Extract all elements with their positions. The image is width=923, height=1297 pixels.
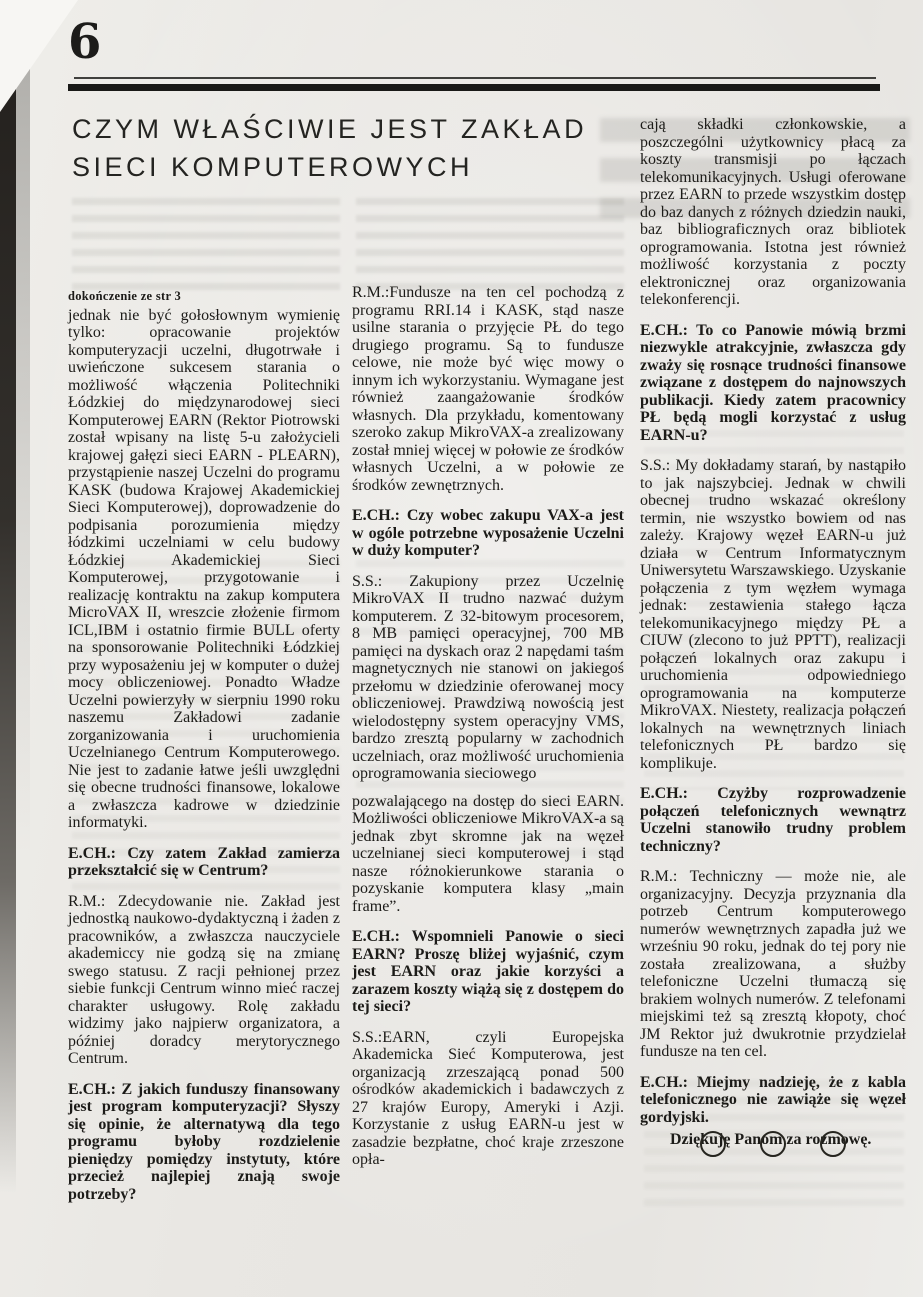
bleedthrough-text [356, 198, 624, 290]
interview-answer: S.S.:EARN, czyli Europejska Akademicka S… [352, 1029, 624, 1169]
article-title: CZYM WŁAŚCIWIE JEST ZAKŁADSIECI KOMPUTER… [72, 110, 632, 187]
article-title-line1: CZYM WŁAŚCIWIE JEST ZAKŁAD [72, 114, 587, 144]
article-paragraph: pozwalającego na dostęp do sieci EARN. M… [352, 793, 624, 916]
end-of-article-mark [700, 1131, 846, 1157]
interview-answer: R.M.: Techniczny — może nie, ale organiz… [640, 868, 906, 1061]
interview-question: E.CH.: Czy wobec zakupu VAX-a jest w ogó… [352, 507, 624, 560]
scan-binding-shadow [0, 0, 16, 1297]
interview-answer: S.S.: My dokładamy starań, by nastąpiło … [640, 457, 906, 772]
interview-question: E.CH.: Czyżby rozprowadzenie połączeń te… [640, 785, 906, 855]
circle-icon [760, 1131, 786, 1157]
interview-question: E.CH.: To co Panowie mówią brzmi niezwyk… [640, 322, 906, 445]
article-column-1: dokończenie ze str 3 jednak nie być goło… [68, 288, 340, 1216]
article-title-line2: SIECI KOMPUTEROWYCH [72, 152, 473, 182]
interview-answer: R.M.:Fundusze na ten cel pochodzą z prog… [352, 284, 624, 494]
interview-question: E.CH.: Miejmy nadzieję, że z kabla telef… [640, 1074, 906, 1127]
article-column-3: cają składki członkowskie, a poszczególn… [640, 116, 906, 1162]
article-column-2: R.M.:Fundusze na ten cel pochodzą z prog… [352, 284, 624, 1182]
masthead-rule-thick [68, 84, 880, 91]
interview-question: E.CH.: Czy zatem Zakład zamierza przeksz… [68, 845, 340, 880]
page-number: 6 [68, 18, 101, 66]
circle-icon [700, 1131, 726, 1157]
continuation-note: dokończenie ze str 3 [68, 288, 340, 306]
bleedthrough-text [72, 198, 340, 290]
masthead-rule-thin [74, 77, 876, 79]
interview-answer: R.M.: Zdecydowanie nie. Zakład jest jedn… [68, 893, 340, 1068]
article-paragraph: jednak nie być gołosłownym wymienię tylk… [68, 307, 340, 832]
circle-icon [820, 1131, 846, 1157]
article-paragraph: cają składki członkowskie, a poszczególn… [640, 116, 906, 309]
magazine-page: 6 CZYM WŁAŚCIWIE JEST ZAKŁADSIECI KOMPUT… [0, 0, 923, 1297]
scan-binding-shadow-soft [16, 0, 30, 900]
interview-question: E.CH.: Z jakich funduszy finansowany jes… [68, 1081, 340, 1204]
interview-question: E.CH.: Wspomnieli Panowie o sieci EARN? … [352, 928, 624, 1016]
interview-answer: S.S.: Zakupiony przez Uczelnię MikroVAX … [352, 573, 624, 783]
